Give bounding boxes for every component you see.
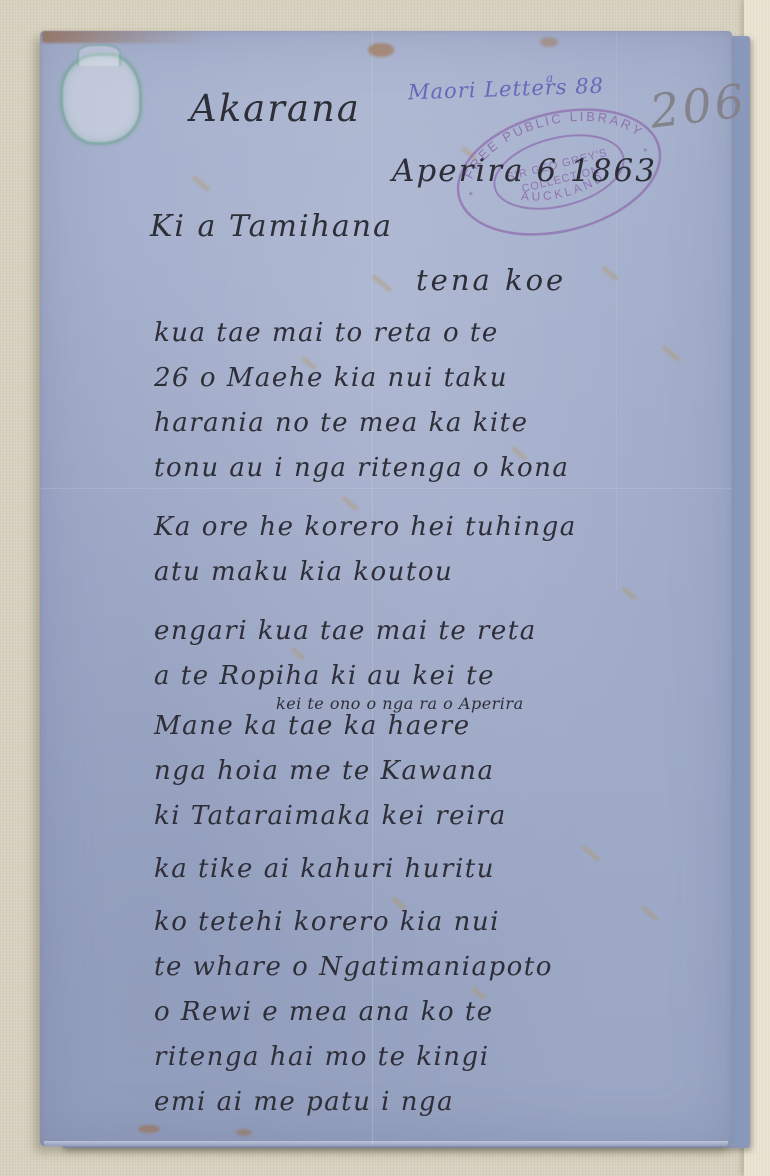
letter-line: Mane ka tae ka haere (154, 704, 729, 749)
letter-line: kua tae mai to reta o te (154, 311, 729, 356)
letter-line: harania no te mea ka kite (154, 401, 729, 446)
stamp-star-left: * (468, 189, 476, 202)
letter-line: o Rewi e mea ana ko te (154, 990, 729, 1035)
letter-body: kua tae mai to reta o te 26 o Maehe kia … (154, 311, 729, 1125)
letter-line: engari kua tae mai te reta (154, 609, 729, 654)
letter-place: Akarana (190, 87, 361, 130)
letter-date: Aperira 6 1863 (392, 153, 657, 189)
letter-line: ka tike ai kahuri huritu (154, 847, 729, 892)
letter-salutation: Ki a Tamihana (150, 209, 393, 244)
letter-line: tonu au i nga ritenga o kona (154, 446, 729, 491)
foxing-spot (138, 1125, 160, 1133)
corner-stain (42, 31, 212, 43)
letter-line: Ka ore he korero hei tuhinga (154, 505, 729, 550)
foxing-spot (540, 37, 558, 47)
collection-note-superscript: a (546, 71, 553, 85)
embossed-seal (60, 53, 142, 145)
letter-line: emi ai me patu i nga (154, 1080, 729, 1125)
letter-line: 26 o Maehe kia nui taku (154, 356, 729, 401)
letter-greeting: tena koe (416, 263, 566, 297)
letter-line: a te Ropiha ki au kei te (154, 654, 729, 699)
letter-line: ritenga hai mo te kingi (154, 1035, 729, 1080)
album-fabric-background: Maori Letters 88 a 206 FREE PUBLIC LIBRA… (0, 0, 770, 1176)
foxing-spot (236, 1129, 252, 1136)
foxing-spot (368, 43, 394, 57)
letter-page: Maori Letters 88 a 206 FREE PUBLIC LIBRA… (40, 31, 732, 1146)
letter-line: ko tetehi korero kia nui (154, 900, 729, 945)
letter-line: te whare o Ngatimaniapoto (154, 945, 729, 990)
letter-line: ki Tataraimaka kei reira (154, 794, 729, 839)
letter-line: nga hoia me te Kawana (154, 749, 729, 794)
letter-line: atu maku kia koutou (154, 550, 729, 595)
